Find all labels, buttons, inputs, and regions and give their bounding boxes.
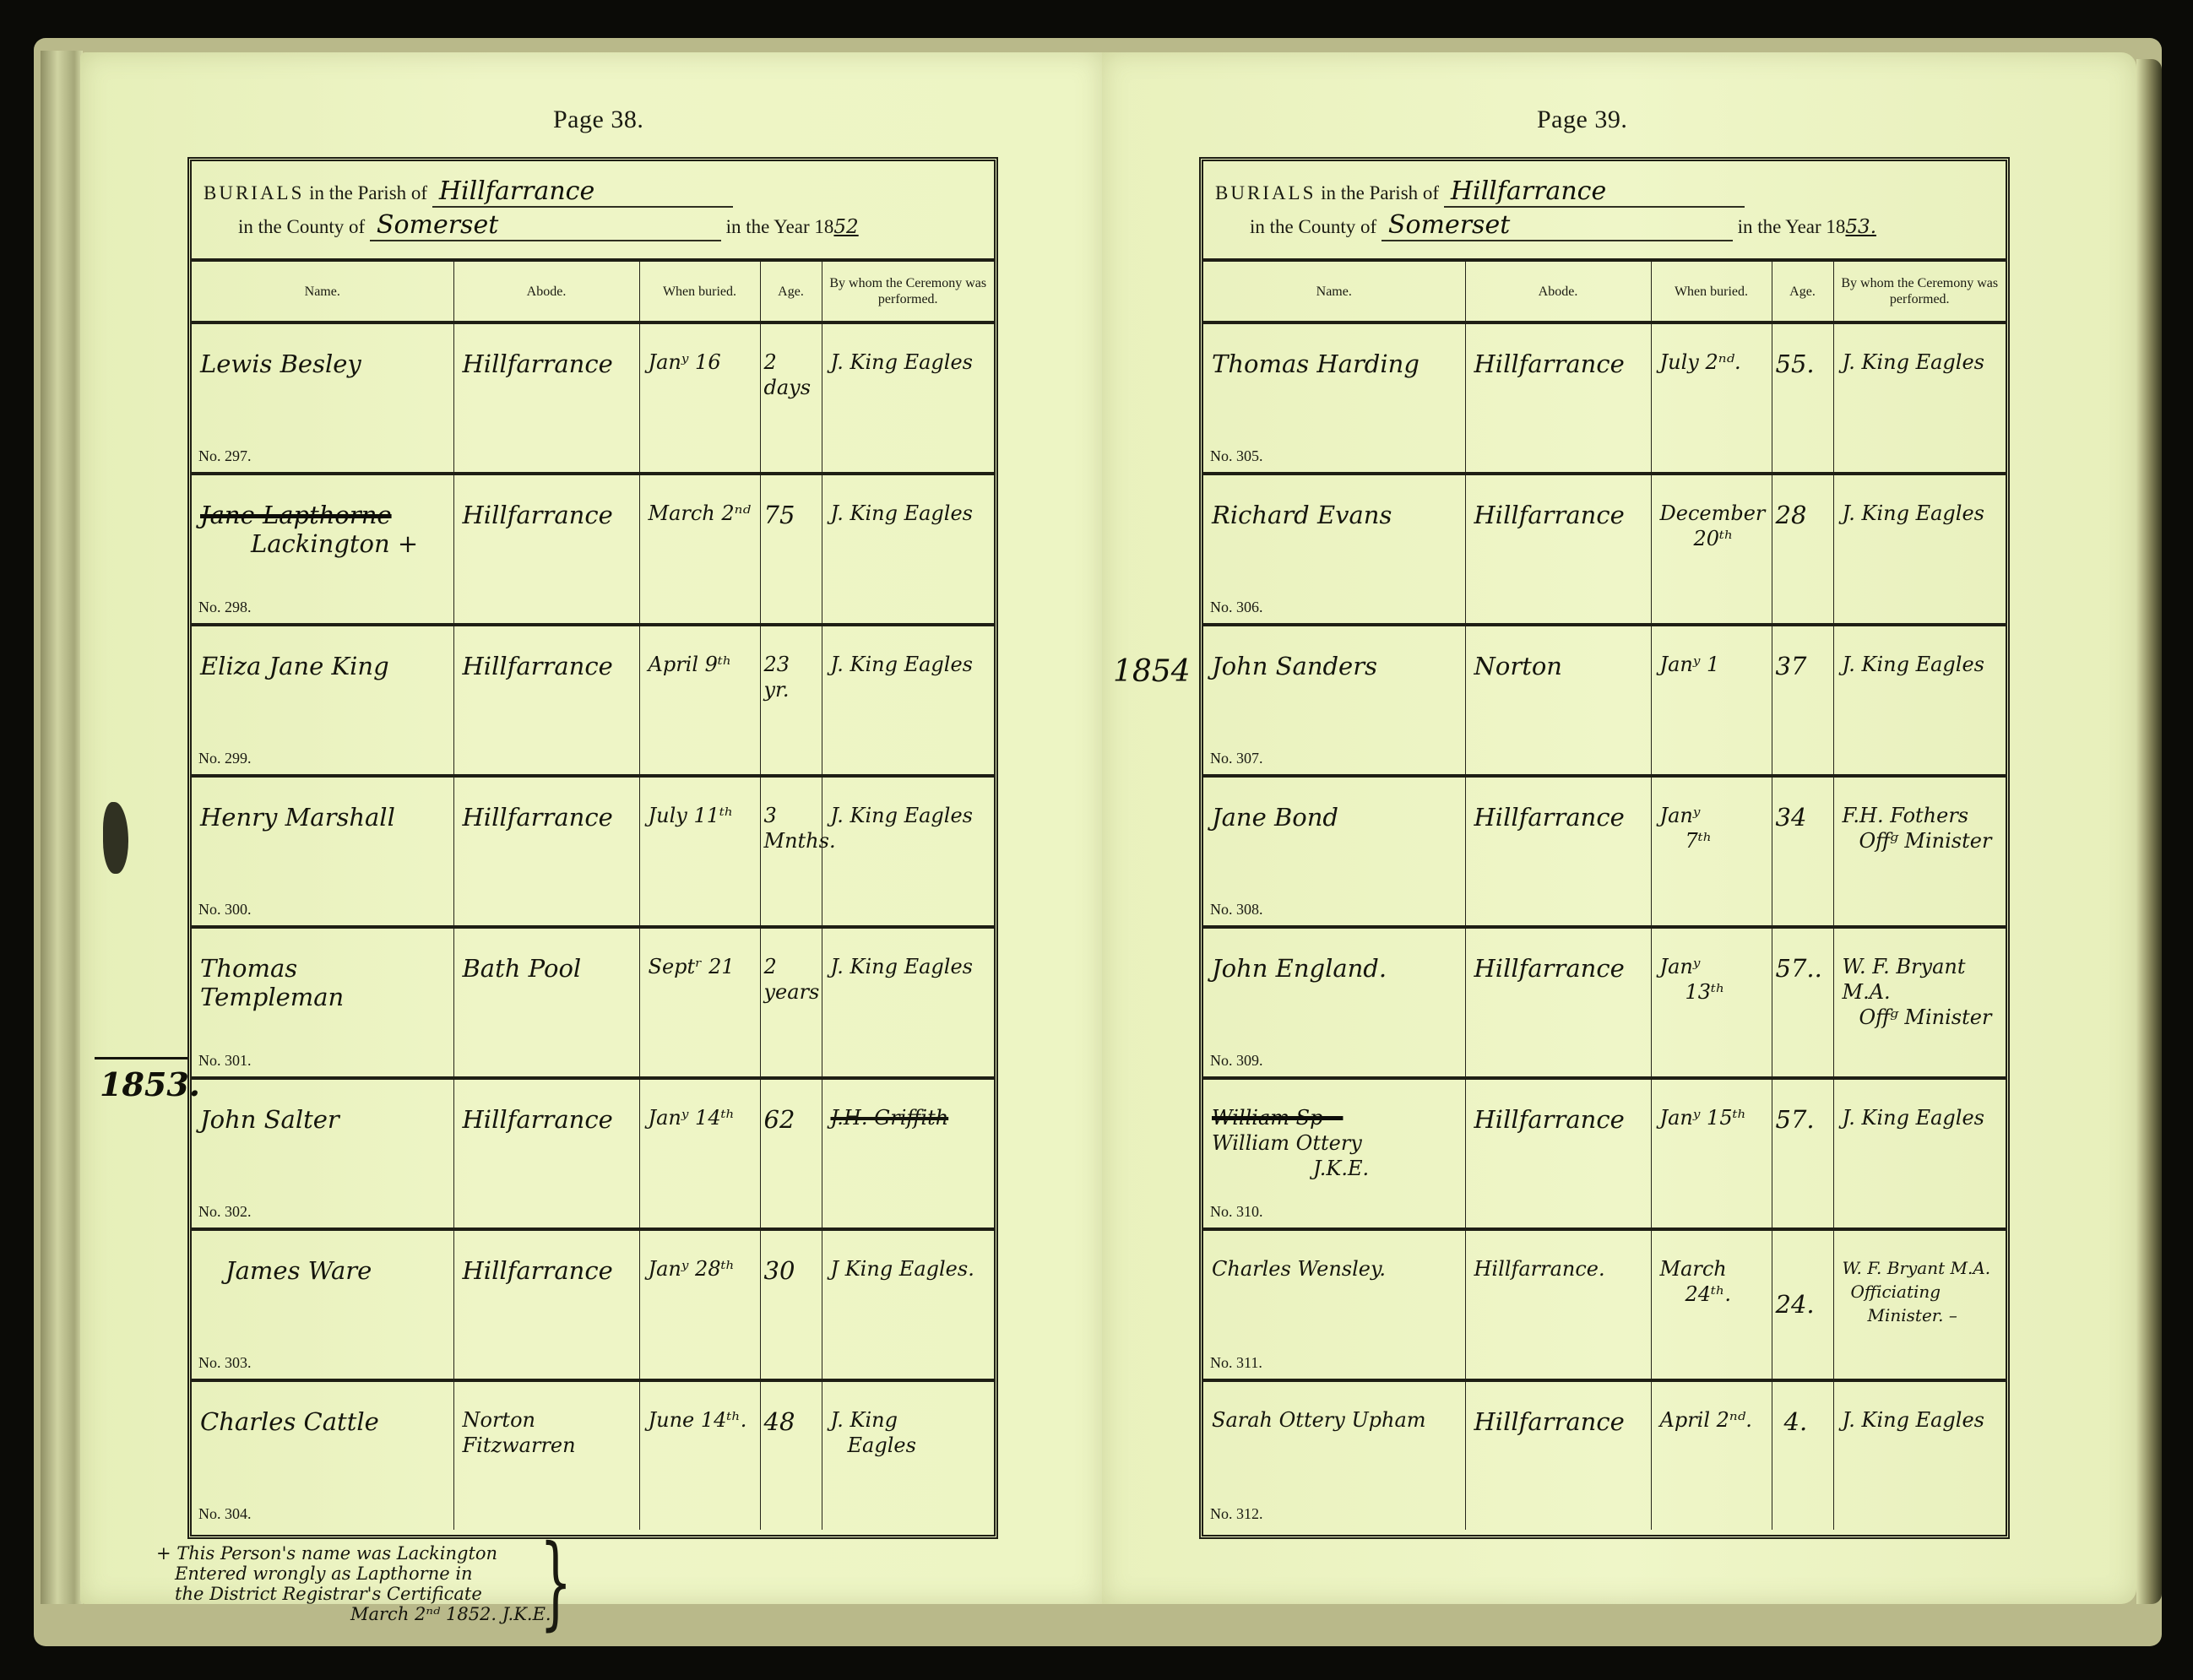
parish-label: in the Parish of bbox=[309, 182, 427, 203]
left-burials-table: Name. Abode. When buried. Age. By whom t… bbox=[192, 262, 994, 1530]
entry-abode: Hillfarrance bbox=[1474, 803, 1646, 832]
entry-name: Sarah Ottery Upham bbox=[1212, 1407, 1460, 1433]
county-label: in the County of bbox=[1250, 216, 1376, 237]
entry-when-buried: Janʸ 14ᵗʰ bbox=[649, 1105, 755, 1130]
when-buried-line2: 20ᵗʰ bbox=[1660, 526, 1767, 551]
footnote-line: Entered wrongly as Lapthorne in bbox=[156, 1563, 551, 1584]
table-row: Charles CattleNo. 304. Norton Fitzwarren… bbox=[192, 1380, 994, 1530]
entry-name: Henry Marshall bbox=[200, 803, 448, 832]
margin-year-rule bbox=[95, 1057, 187, 1059]
entry-number: No. 312. bbox=[1210, 1505, 1263, 1523]
entry-age: 62 bbox=[764, 1105, 817, 1134]
left-register-table: BURIALS in the Parish of Hillfarrance in… bbox=[187, 157, 998, 1539]
entry-by-whom: J. King Eagles bbox=[1843, 1407, 2001, 1433]
entry-name: William Sp—William OtteryJ.K.E. bbox=[1212, 1105, 1460, 1181]
right-burials-table: Name. Abode. When buried. Age. By whom t… bbox=[1203, 262, 2006, 1530]
entry-age: 23 yr. bbox=[764, 652, 817, 702]
footnote-line: + This Person's name was Lackington bbox=[156, 1543, 551, 1563]
entry-abode: Hillfarrance bbox=[463, 803, 634, 832]
page-edge-left bbox=[41, 51, 83, 1604]
entry-name: Charles Cattle bbox=[200, 1407, 448, 1436]
right-register-table: BURIALS in the Parish of Hillfarrance in… bbox=[1199, 157, 2010, 1539]
entry-when-buried: July 2ⁿᵈ. bbox=[1660, 350, 1767, 375]
entry-by-whom-struck: J.H. Griffith bbox=[831, 1105, 990, 1130]
entry-abode: Norton bbox=[1474, 652, 1646, 680]
entry-when-buried: Janʸ13ᵗʰ bbox=[1660, 954, 1767, 1005]
entry-abode: Hillfarrance bbox=[1474, 1105, 1646, 1134]
table-row: John England.No. 309. Hillfarrance Janʸ1… bbox=[1203, 927, 2006, 1078]
entry-name: Jane LapthorneLackington + bbox=[200, 501, 448, 558]
entry-name: James Ware bbox=[225, 1256, 448, 1285]
col-header-age: Age. bbox=[760, 262, 822, 322]
col-header-abode: Abode. bbox=[1465, 262, 1651, 322]
entry-name: Thomas Templeman bbox=[200, 954, 448, 1011]
entry-when-buried: Janʸ 1 bbox=[1660, 652, 1767, 677]
entry-age: 3 Mnths. bbox=[764, 803, 817, 854]
burials-label: BURIALS bbox=[204, 182, 304, 203]
entry-abode: Hillfarrance bbox=[463, 350, 634, 378]
entry-abode: Hillfarrance bbox=[1474, 350, 1646, 378]
footnote-line: March 2ⁿᵈ 1852. J.K.E. bbox=[156, 1604, 551, 1624]
county-line: in the County of Somerset in the Year 18… bbox=[1250, 210, 1876, 241]
entry-when-buried: April 9ᵗʰ bbox=[649, 652, 755, 677]
entry-when-buried: June 14ᵗʰ. bbox=[649, 1407, 755, 1433]
col-header-abode: Abode. bbox=[453, 262, 639, 322]
by-whom-line2: Offᵍ Minister bbox=[1843, 1005, 2001, 1030]
by-whom-line3: Minister. – bbox=[1843, 1303, 2001, 1327]
entry-when-buried: Septʳ 21 bbox=[649, 954, 755, 979]
when-buried-line1: Janʸ bbox=[1660, 954, 1767, 979]
entry-number: No. 303. bbox=[198, 1354, 252, 1372]
entry-when-buried: December20ᵗʰ bbox=[1660, 501, 1767, 551]
entry-age: 75 bbox=[764, 501, 817, 529]
entry-by-whom: J. King Eagles bbox=[1843, 1105, 2001, 1130]
entry-number: No. 298. bbox=[198, 599, 252, 616]
table-row: Jane LapthorneLackington +No. 298. Hillf… bbox=[192, 474, 994, 625]
entry-age: 28 bbox=[1776, 501, 1828, 529]
entry-abode: Hillfarrance bbox=[1474, 501, 1646, 529]
entry-name: Richard Evans bbox=[1212, 501, 1460, 529]
when-buried-line1: December bbox=[1660, 501, 1767, 526]
entry-by-whom: J. King Eagles bbox=[1843, 652, 2001, 677]
by-whom-line2: Offᵍ Minister bbox=[1843, 828, 2001, 854]
entry-when-buried: Janʸ 15ᵗʰ bbox=[1660, 1105, 1767, 1130]
col-header-age: Age. bbox=[1772, 262, 1833, 322]
by-whom-line1: F.H. Fothers bbox=[1843, 803, 2001, 828]
footnote-line: the District Registrar's Certificate bbox=[156, 1584, 551, 1604]
entry-name-initials: J.K.E. bbox=[1212, 1156, 1460, 1181]
county-value: Somerset bbox=[370, 210, 721, 241]
entry-age: 57.. bbox=[1776, 954, 1828, 983]
entry-by-whom: J. KingEagles bbox=[831, 1407, 990, 1458]
entry-number: No. 302. bbox=[198, 1203, 252, 1221]
by-whom-line2: Officiating bbox=[1843, 1280, 2001, 1303]
entry-age: 2 days bbox=[764, 350, 817, 400]
table-row: Henry MarshallNo. 300. Hillfarrance July… bbox=[192, 776, 994, 927]
burials-label: BURIALS bbox=[1215, 182, 1316, 203]
left-page-title: Page 38. bbox=[553, 106, 643, 134]
by-whom-line2: Eagles bbox=[831, 1433, 990, 1458]
county-line: in the County of Somerset in the Year 18… bbox=[238, 210, 859, 241]
entry-when-buried: July 11ᵗʰ bbox=[649, 803, 755, 828]
county-label: in the County of bbox=[238, 216, 365, 237]
entry-when-buried: Janʸ 28ᵗʰ bbox=[649, 1256, 755, 1282]
entry-name: Lewis Besley bbox=[200, 350, 448, 378]
entry-by-whom: J King Eagles. bbox=[831, 1256, 990, 1282]
entry-name: John Sanders bbox=[1212, 652, 1460, 680]
entry-age: 55. bbox=[1776, 350, 1828, 378]
entry-number: No. 297. bbox=[198, 447, 252, 465]
by-whom-line1: W. F. Bryant M.A. bbox=[1843, 1256, 2001, 1280]
entry-by-whom: W. F. Bryant M.A.Offᵍ Minister bbox=[1843, 954, 2001, 1030]
entry-number: No. 304. bbox=[198, 1505, 252, 1523]
entry-when-buried: March 2ⁿᵈ bbox=[649, 501, 755, 526]
entry-number: No. 306. bbox=[1210, 599, 1263, 616]
entry-number: No. 311. bbox=[1210, 1354, 1262, 1372]
parish-line: BURIALS in the Parish of Hillfarrance bbox=[204, 176, 733, 208]
entry-by-whom: J. King Eagles bbox=[831, 652, 990, 677]
entry-age: 2 years bbox=[764, 954, 817, 1005]
footnote-brace: } bbox=[540, 1532, 572, 1634]
margin-year-left: 1853. bbox=[100, 1065, 200, 1103]
entry-abode: Bath Pool bbox=[463, 954, 634, 983]
entry-abode: Hillfarrance bbox=[463, 652, 634, 680]
parish-line: BURIALS in the Parish of Hillfarrance bbox=[1215, 176, 1745, 208]
when-buried-line2: 24ᵗʰ. bbox=[1660, 1282, 1767, 1307]
entry-age: 48 bbox=[764, 1407, 817, 1436]
parish-value: Hillfarrance bbox=[1444, 176, 1745, 208]
entry-name: John England. bbox=[1212, 954, 1460, 983]
by-whom-line1: J. King bbox=[831, 1407, 990, 1433]
year-label: in the Year 18 bbox=[1738, 216, 1846, 237]
table-row: Charles Wensley.No. 311. Hillfarrance. M… bbox=[1203, 1229, 2006, 1380]
entry-abode: Hillfarrance bbox=[463, 1105, 634, 1134]
when-buried-line1: March bbox=[1660, 1256, 1767, 1282]
entry-by-whom: W. F. Bryant M.A.OfficiatingMinister. – bbox=[1843, 1256, 2001, 1327]
table-row: John SandersNo. 307. Norton Janʸ 1 37 J.… bbox=[1203, 625, 2006, 776]
when-buried-line1: Janʸ bbox=[1660, 803, 1767, 828]
entry-abode: Hillfarrance bbox=[463, 1256, 634, 1285]
entry-by-whom: F.H. FothersOffᵍ Minister bbox=[1843, 803, 2001, 854]
year-label: in the Year 18 bbox=[726, 216, 834, 237]
entry-abode: Hillfarrance bbox=[1474, 1407, 1646, 1436]
when-buried-line2: 13ᵗʰ bbox=[1660, 979, 1767, 1005]
entry-number: No. 300. bbox=[198, 901, 252, 919]
col-header-by-whom: By whom the Ceremony was performed. bbox=[1833, 262, 2006, 322]
table-row: Sarah Ottery UphamNo. 312. Hillfarrance … bbox=[1203, 1380, 2006, 1530]
col-header-when-buried: When buried. bbox=[1651, 262, 1772, 322]
entry-when-buried: April 2ⁿᵈ. bbox=[1660, 1407, 1767, 1433]
table-row: William Sp—William OtteryJ.K.E.No. 310. … bbox=[1203, 1078, 2006, 1229]
right-page-title: Page 39. bbox=[1537, 106, 1627, 134]
when-buried-line2: 7ᵗʰ bbox=[1660, 828, 1767, 854]
entry-number: No. 301. bbox=[198, 1052, 252, 1070]
entry-age: 37 bbox=[1776, 652, 1828, 680]
entry-number: No. 308. bbox=[1210, 901, 1263, 919]
entry-when-buried: March24ᵗʰ. bbox=[1660, 1256, 1767, 1307]
register-heading: BURIALS in the Parish of Hillfarrance in… bbox=[1203, 161, 2006, 262]
col-header-by-whom: By whom the Ceremony was performed. bbox=[822, 262, 994, 322]
entry-name: John Salter bbox=[200, 1105, 448, 1134]
entry-number: No. 307. bbox=[1210, 750, 1263, 767]
col-header-name: Name. bbox=[192, 262, 453, 322]
entry-when-buried: Janʸ7ᵗʰ bbox=[1660, 803, 1767, 854]
parish-value: Hillfarrance bbox=[432, 176, 733, 208]
entry-name-correction: Lackington + bbox=[200, 529, 448, 558]
margin-year-right: 1854 bbox=[1113, 654, 1191, 689]
entry-age: 57. bbox=[1776, 1105, 1828, 1134]
entry-when-buried: Janʸ 16 bbox=[649, 350, 755, 375]
page-edge-right bbox=[2136, 59, 2162, 1604]
county-value: Somerset bbox=[1381, 210, 1733, 241]
col-header-when-buried: When buried. bbox=[639, 262, 760, 322]
entry-number: No. 299. bbox=[198, 750, 252, 767]
entry-name: Charles Wensley. bbox=[1212, 1256, 1460, 1282]
by-whom-line1: W. F. Bryant M.A. bbox=[1843, 954, 2001, 1005]
entry-by-whom: J. King Eagles bbox=[831, 350, 990, 375]
entry-number: No. 310. bbox=[1210, 1203, 1263, 1221]
entry-name-correction: William Ottery bbox=[1212, 1130, 1460, 1156]
table-row: Thomas HardingNo. 305. Hillfarrance July… bbox=[1203, 322, 2006, 474]
entry-by-whom: J. King Eagles bbox=[1843, 501, 2001, 526]
entry-age: 24. bbox=[1776, 1290, 1828, 1319]
entry-name: Eliza Jane King bbox=[200, 652, 448, 680]
entry-name: Jane Bond bbox=[1212, 803, 1460, 832]
entry-age: 4. bbox=[1784, 1407, 1828, 1436]
entry-abode: Norton Fitzwarren bbox=[463, 1407, 634, 1458]
footnote: + This Person's name was Lackington Ente… bbox=[156, 1543, 551, 1624]
register-heading: BURIALS in the Parish of Hillfarrance in… bbox=[192, 161, 994, 262]
year-value: 53. bbox=[1845, 216, 1876, 238]
table-row: Lewis BesleyNo. 297. Hillfarrance Janʸ 1… bbox=[192, 322, 994, 474]
entry-by-whom: J. King Eagles bbox=[1843, 350, 2001, 375]
table-row: Richard EvansNo. 306. Hillfarrance Decem… bbox=[1203, 474, 2006, 625]
entry-by-whom: J. King Eagles bbox=[831, 501, 990, 526]
table-row: John SalterNo. 302. Hillfarrance Janʸ 14… bbox=[192, 1078, 994, 1229]
table-row: Jane BondNo. 308. Hillfarrance Janʸ7ᵗʰ 3… bbox=[1203, 776, 2006, 927]
table-row: Thomas TemplemanNo. 301. Bath Pool Septʳ… bbox=[192, 927, 994, 1078]
parish-label: in the Parish of bbox=[1321, 182, 1439, 203]
entry-abode: Hillfarrance. bbox=[1474, 1256, 1646, 1282]
entry-number: No. 305. bbox=[1210, 447, 1263, 465]
table-row: James WareNo. 303. Hillfarrance Janʸ 28ᵗ… bbox=[192, 1229, 994, 1380]
entry-by-whom: J. King Eagles bbox=[831, 803, 990, 828]
entry-name-struck: William Sp— bbox=[1212, 1105, 1460, 1130]
table-row: Eliza Jane KingNo. 299. Hillfarrance Apr… bbox=[192, 625, 994, 776]
year-value: 52 bbox=[833, 216, 858, 238]
col-header-name: Name. bbox=[1203, 262, 1465, 322]
entry-age: 30 bbox=[764, 1256, 817, 1285]
entry-name: Thomas Harding bbox=[1212, 350, 1460, 378]
entry-by-whom: J. King Eagles bbox=[831, 954, 990, 979]
entry-abode: Hillfarrance bbox=[1474, 954, 1646, 983]
entry-number: No. 309. bbox=[1210, 1052, 1263, 1070]
entry-name-struck: Jane Lapthorne bbox=[200, 501, 448, 529]
entry-abode: Hillfarrance bbox=[463, 501, 634, 529]
entry-age: 34 bbox=[1776, 803, 1828, 832]
